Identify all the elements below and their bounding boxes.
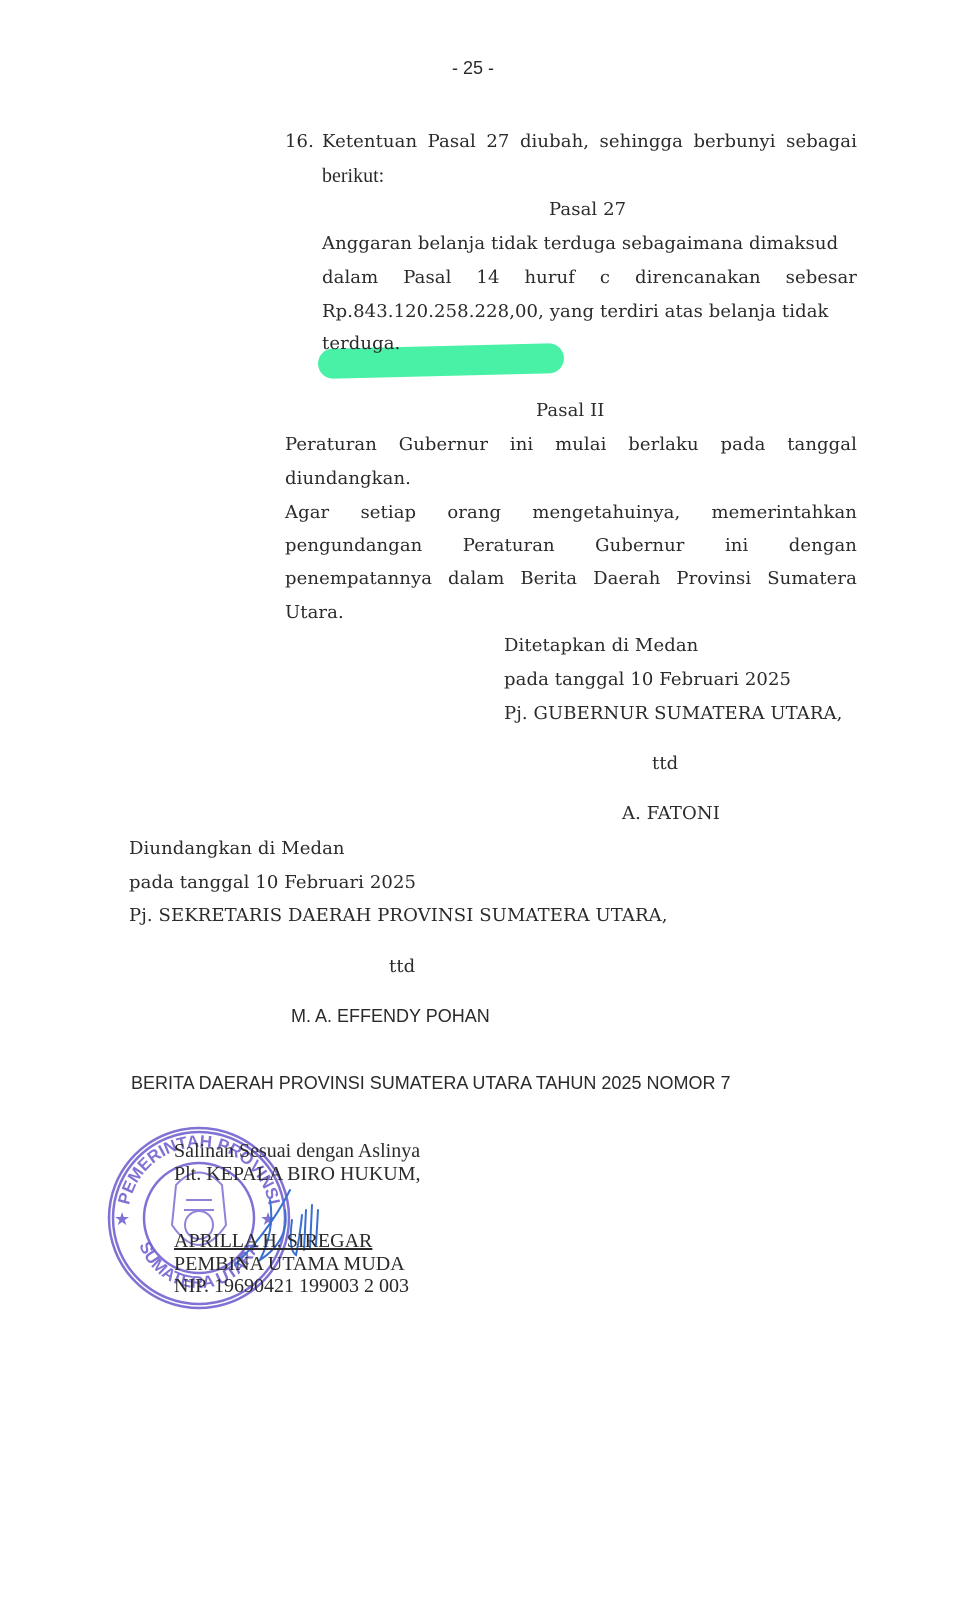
page-number: - 25 - — [452, 58, 494, 79]
governor-name: A. FATONI — [622, 803, 720, 824]
salinan-office: Plt. KEPALA BIRO HUKUM, — [174, 1163, 421, 1186]
pasal-ii-line-4: pengundangan Peraturan Gubernur ini deng… — [285, 535, 857, 556]
item-16-line-2: berikut: — [322, 165, 384, 188]
salinan-rank: PEMBINA UTAMA MUDA — [174, 1253, 405, 1276]
salinan-statement: Salinan Sesuai dengan Aslinya — [174, 1140, 420, 1163]
secretary-title: Pj. SEKRETARIS DAERAH PROVINSI SUMATERA … — [129, 905, 668, 926]
berita-daerah-reference: BERITA DAERAH PROVINSI SUMATERA UTARA TA… — [131, 1073, 730, 1094]
pasal-ii-line-5: penempatannya dalam Berita Daerah Provin… — [285, 568, 857, 589]
pasal-27-line-2: dalam Pasal 14 huruf c direncanakan sebe… — [322, 267, 857, 288]
diundangkan-place: Diundangkan di Medan — [129, 838, 345, 859]
salinan-name: APRILLA H. SIREGAR — [174, 1230, 372, 1253]
diundangkan-date: pada tanggal 10 Februari 2025 — [129, 872, 416, 893]
pasal-27-line-4: terduga. — [322, 333, 400, 354]
pasal-27-line-1: Anggaran belanja tidak terduga sebagaima… — [322, 233, 857, 254]
item-number: 16. — [285, 131, 314, 152]
governor-title: Pj. GUBERNUR SUMATERA UTARA, — [504, 703, 842, 724]
governor-ttd: ttd — [652, 753, 678, 774]
pasal-27-heading: Pasal 27 — [549, 199, 626, 220]
pasal-ii-line-6: Utara. — [285, 602, 344, 623]
ditetapkan-date: pada tanggal 10 Februari 2025 — [504, 669, 791, 690]
pasal-ii-line-1: Peraturan Gubernur ini mulai berlaku pad… — [285, 434, 857, 455]
salinan-nip: NIP. 19690421 199003 2 003 — [174, 1275, 409, 1298]
pasal-ii-heading: Pasal II — [536, 400, 605, 421]
secretary-name: M. A. EFFENDY POHAN — [291, 1006, 490, 1027]
ditetapkan-place: Ditetapkan di Medan — [504, 635, 698, 656]
item-16-line-1: Ketentuan Pasal 27 diubah, sehingga berb… — [322, 131, 857, 152]
secretary-ttd: ttd — [389, 956, 415, 977]
pasal-ii-line-2: diundangkan. — [285, 468, 411, 489]
pasal-27-line-3: Rp.843.120.258.228,00, yang terdiri atas… — [322, 301, 829, 322]
svg-text:★: ★ — [114, 1209, 130, 1230]
pasal-ii-line-3: Agar setiap orang mengetahuinya, memerin… — [285, 502, 857, 523]
